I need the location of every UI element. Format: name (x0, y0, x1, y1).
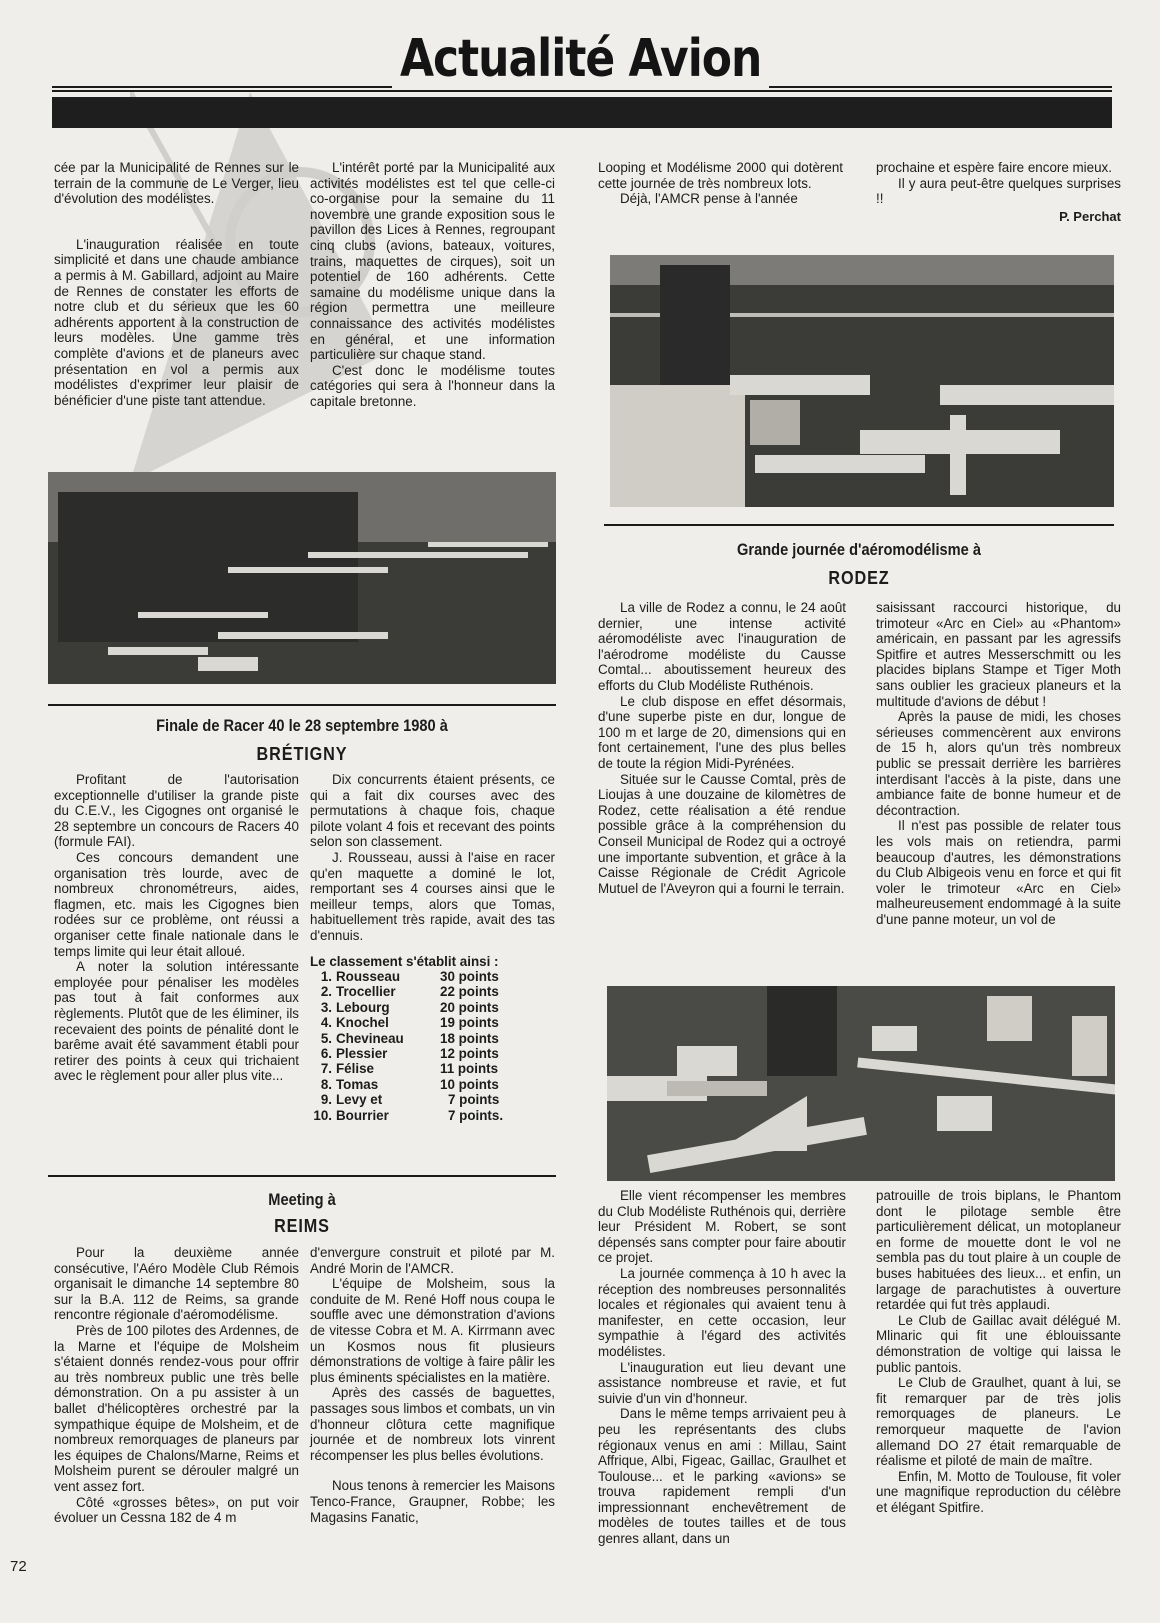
rodez-city: RODEZ (630, 568, 1089, 589)
section-rule (48, 1175, 556, 1177)
paragraph: L'inauguration eut lieu devant une assis… (598, 1360, 846, 1407)
page-number: 72 (10, 1558, 27, 1575)
section-rule (48, 704, 556, 706)
ranking-row: 4.Knochel19 points (310, 1015, 555, 1030)
reims-title: Meeting à (84, 1190, 521, 1210)
paragraph: C'est donc le modélisme toutes catégorie… (310, 363, 555, 410)
top-article-col-1: cée par la Municipalité de Rennes sur le… (54, 160, 299, 408)
paragraph: Près de 100 pilotes des Ardennes, de la … (54, 1323, 299, 1495)
ranking-row: 3.Lebourg20 points (310, 1000, 555, 1015)
ranking-row: 10.Bourrier7 points. (310, 1108, 555, 1123)
masthead-title: Actualité Avion (392, 29, 769, 89)
rodez-col-3: Elle vient récompenser les membres du Cl… (598, 1188, 846, 1547)
reims-col-1: Pour la deuxième année consécutive, l'Aé… (54, 1245, 299, 1526)
paragraph: Après des cassés de baguettes, passages … (310, 1385, 555, 1463)
paragraph: d'envergure construit et piloté par M. A… (310, 1245, 555, 1276)
paragraph: Dans le même temps arrivaient peu à peu … (598, 1406, 846, 1546)
top-article-col-2: L'intérêt porté par la Municipalité aux … (310, 160, 555, 410)
paragraph: Enfin, M. Motto de Toulouse, fit voler u… (876, 1469, 1121, 1516)
ranking-row: 6.Plessier12 points (310, 1046, 555, 1061)
paragraph: Profitant de l'autorisation exceptionnel… (54, 772, 299, 850)
paragraph: Déjà, l'AMCR pense à l'année (598, 191, 843, 207)
paragraph: J. Rousseau, aussi à l'aise en racer qu'… (310, 850, 555, 944)
paragraph: Il y aura peut-être quelques surprises !… (876, 176, 1121, 207)
ranking-row: 9.Levy et7 points (310, 1092, 555, 1107)
ranking-row: 1.Rousseau30 points (310, 969, 555, 984)
ranking-row: 2.Trocellier22 points (310, 984, 555, 999)
paragraph: Le Club de Graulhet, quant à lui, se fit… (876, 1375, 1121, 1469)
paragraph: Le Club de Gaillac avait délégué M. Mlin… (876, 1313, 1121, 1375)
photo-runway-models (610, 255, 1114, 507)
paragraph: prochaine et espère faire encore mieux. (876, 160, 1121, 176)
rodez-col-4: patrouille de trois biplans, le Phantom … (876, 1188, 1121, 1515)
paragraph: patrouille de trois biplans, le Phantom … (876, 1188, 1121, 1313)
photo-models-on-grass (607, 986, 1115, 1181)
paragraph: Elle vient récompenser les membres du Cl… (598, 1188, 846, 1266)
paragraph: Dix concurrents étaient présents, ce qui… (310, 772, 555, 850)
photo-group-with-models (48, 472, 556, 684)
paragraph: Le club dispose en effet désormais, d'un… (598, 694, 846, 772)
paragraph: Nous tenons à remercier les Maisons Tenc… (310, 1478, 555, 1525)
paragraph: La ville de Rodez a connu, le 24 août de… (598, 600, 846, 694)
bretigny-col-1: Profitant de l'autorisation exceptionnel… (54, 772, 299, 1084)
paragraph: Looping et Modélisme 2000 qui dotèrent c… (598, 160, 843, 191)
rodez-col-1: La ville de Rodez a connu, le 24 août de… (598, 600, 846, 896)
bretigny-city: BRÉTIGNY (73, 744, 530, 765)
rodez-col-2: saisissant raccourci historique, du trim… (876, 600, 1121, 927)
top-article-col-4: prochaine et espère faire encore mieux. … (876, 160, 1121, 224)
author-signature: P. Perchat (876, 209, 1121, 225)
ranking-row: 8.Tomas10 points (310, 1077, 555, 1092)
masthead-bar (52, 97, 1112, 128)
paragraph: cée par la Municipalité de Rennes sur le… (54, 160, 299, 207)
reims-col-2: d'envergure construit et piloté par M. A… (310, 1245, 555, 1525)
reims-city: REIMS (73, 1216, 530, 1237)
paragraph: Pour la deuxième année consécutive, l'Aé… (54, 1245, 299, 1323)
section-rule (604, 524, 1114, 526)
ranking-row: 5.Chevineau18 points (310, 1031, 555, 1046)
paragraph: La journée commença à 10 h avec la récep… (598, 1266, 846, 1360)
paragraph: Ces concours demandent une organisation … (54, 850, 299, 959)
paragraph: Côté «grosses bêtes», on put voir évolue… (54, 1495, 299, 1526)
paragraph: A noter la solution intéressante employé… (54, 959, 299, 1084)
paragraph: Située sur le Causse Comtal, près de Lio… (598, 772, 846, 897)
paragraph: Il n'est pas possible de relater tous le… (876, 818, 1121, 927)
paragraph: Après la pause de midi, les choses série… (876, 709, 1121, 818)
paragraph: L'équipe de Molsheim, sous la conduite d… (310, 1276, 555, 1385)
top-article-col-3: Looping et Modélisme 2000 qui dotèrent c… (598, 160, 843, 207)
paragraph: saisissant raccourci historique, du trim… (876, 600, 1121, 709)
ranking-table: Le classement s'établit ainsi : 1.Rousse… (310, 954, 555, 1123)
bretigny-col-2: Dix concurrents étaient présents, ce qui… (310, 772, 555, 1123)
rodez-title: Grande journée d'aéromodélisme à (640, 540, 1079, 560)
paragraph: L'inauguration réalisée en toute simplic… (54, 237, 299, 409)
paragraph: L'intérêt porté par la Municipalité aux … (310, 160, 555, 363)
ranking-row: 7.Félise11 points (310, 1061, 555, 1076)
ranking-title: Le classement s'établit ainsi : (310, 954, 555, 969)
bretigny-title: Finale de Racer 40 le 28 septembre 1980 … (84, 716, 521, 736)
